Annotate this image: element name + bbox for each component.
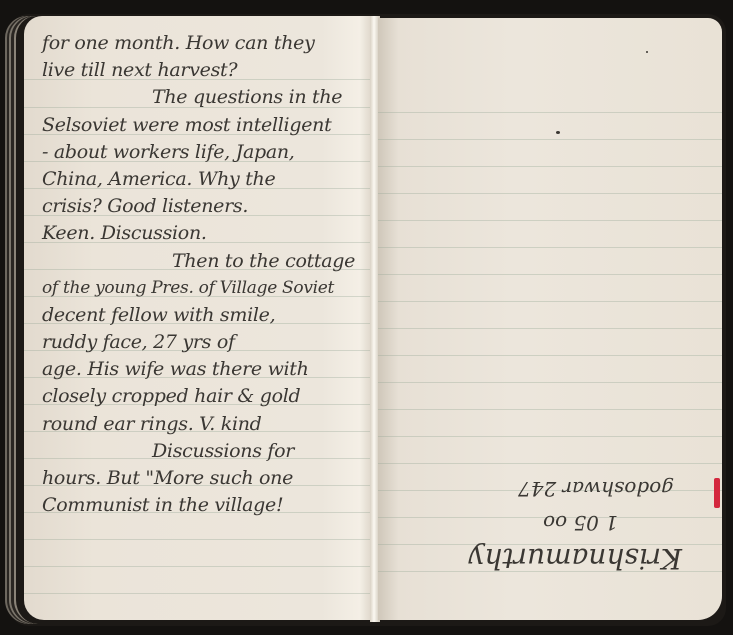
note-line: closely cropped hair & gold bbox=[42, 383, 372, 410]
ink-speck bbox=[646, 51, 648, 53]
note-line: Discussions for bbox=[42, 438, 372, 465]
note-line: decent fellow with smile, bbox=[42, 302, 372, 329]
handwritten-notes: for one month. How can they live till ne… bbox=[42, 30, 372, 519]
red-ribbon-marker bbox=[714, 478, 720, 508]
note-line: for one month. How can they bbox=[42, 30, 372, 57]
note-line: Selsoviet were most intelligent bbox=[42, 112, 372, 139]
note-line: of the young Pres. of Village Soviet bbox=[42, 275, 372, 302]
note-line: Then to the cottage bbox=[42, 248, 372, 275]
inscription-line: godoshwar 247 bbox=[418, 472, 688, 506]
note-line: live till next harvest? bbox=[42, 57, 372, 84]
note-line: Keen. Discussion. bbox=[42, 220, 372, 247]
ink-speck bbox=[556, 131, 560, 134]
note-line: hours. But "More such one bbox=[42, 465, 372, 492]
right-page: Krishnamurthy 1 05 oo godoshwar 247 bbox=[378, 18, 722, 620]
note-line: ruddy face, 27 yrs of bbox=[42, 329, 372, 356]
signature: Krishnamurthy bbox=[418, 540, 688, 576]
note-line: China, America. Why the bbox=[42, 166, 372, 193]
left-page: for one month. How can they live till ne… bbox=[24, 16, 374, 620]
note-line: age. His wife was there with bbox=[42, 356, 372, 383]
upside-down-inscription: Krishnamurthy 1 05 oo godoshwar 247 bbox=[418, 396, 688, 576]
inscription-line: 1 05 oo bbox=[418, 506, 688, 540]
note-line: round ear rings. V. kind bbox=[42, 411, 372, 438]
note-line: crisis? Good listeners. bbox=[42, 193, 372, 220]
note-line: - about workers life, Japan, bbox=[42, 139, 372, 166]
note-line: The questions in the bbox=[42, 84, 372, 111]
note-line: Communist in the village! bbox=[42, 492, 372, 519]
